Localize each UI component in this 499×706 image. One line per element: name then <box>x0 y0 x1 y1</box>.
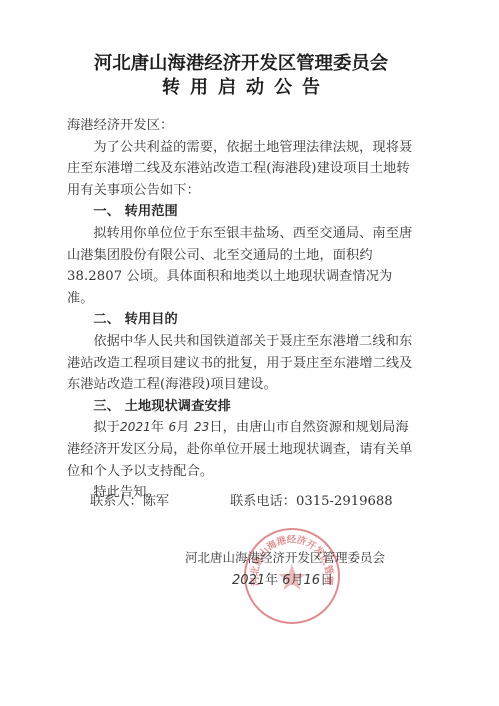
document-title: 河北唐山海港经济开发区管理委员会 <box>0 53 482 75</box>
handwritten-survey-year: 2021 <box>120 420 151 434</box>
document-body: 海港经济开发区： 为了公共利益的需要，依据土地管理法律法规，现将聂庄至东港增二线… <box>67 115 417 504</box>
section-heading-scope: 一、 转用范围 <box>67 201 417 223</box>
handwritten-sign-day: 16 <box>304 573 321 588</box>
contact-person-name: 陈军 <box>143 494 169 509</box>
survey-year-suffix: 年 <box>151 420 169 435</box>
sign-month-suffix: 月 <box>291 573 304 588</box>
survey-prefix: 拟于 <box>93 420 120 435</box>
document-page: 河北唐山海港经济开发区管理委员会 转用启动公告 海港经济开发区： 为了公共利益的… <box>0 0 499 706</box>
sign-year-suffix: 年 <box>265 573 282 588</box>
contact-person: 联系人：陈军 <box>90 493 169 511</box>
addressee: 海港经济开发区： <box>67 115 417 137</box>
contact-phone-label: 联系电话： <box>230 494 296 509</box>
section-body-survey: 拟于2021年 6月 23日，由唐山市自然资源和规划局海港经济开发区分局，赴你单… <box>67 417 417 482</box>
handwritten-sign-year: 2021 <box>232 573 265 588</box>
contact-person-label: 联系人： <box>90 494 143 509</box>
sign-day-suffix: 日 <box>320 573 333 588</box>
intro-paragraph: 为了公共利益的需要，依据土地管理法律法规，现将聂庄至东港增二线及东港站改造工程(… <box>67 137 417 202</box>
document-subtitle: 转用启动公告 <box>0 77 482 99</box>
contact-phone-number: 0315-2919688 <box>296 494 393 509</box>
section-heading-survey: 三、 土地现状调查安排 <box>67 396 417 418</box>
handwritten-survey-day: 23 <box>194 420 209 434</box>
contact-phone: 联系电话：0315-2919688 <box>230 493 393 511</box>
section-body-scope: 拟转用你单位位于东至银丰盐场、西至交通局、南至唐山港集团股份有限公司、北至交通局… <box>67 223 417 309</box>
section-heading-purpose: 二、 转用目的 <box>67 309 417 331</box>
survey-month-suffix: 月 <box>176 420 194 435</box>
signature-organization: 河北唐山海港经济开发区管理委员会 <box>185 549 385 567</box>
handwritten-sign-month: 6 <box>282 573 290 588</box>
signature-date: 2021年 6月16日 <box>232 572 333 590</box>
section-body-purpose: 依据中华人民共和国铁道部关于聂庄至东港增二线和东港站改造工程项目建议书的批复，用… <box>67 331 417 396</box>
